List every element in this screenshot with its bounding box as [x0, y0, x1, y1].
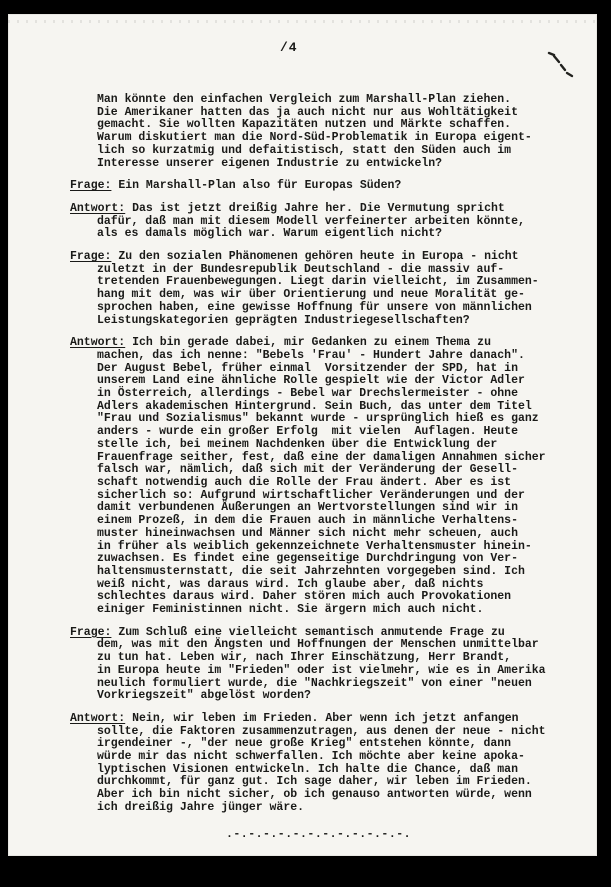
text-line: machen, das ich nenne: "Bebels 'Frau' - … — [97, 350, 577, 363]
text-line: stelle ich, bei meinem Nachdenken über d… — [97, 439, 577, 452]
speaker-label: Frage: — [70, 626, 111, 639]
scan-noise — [8, 20, 597, 23]
text-line: einem Prozeß, in dem die Frauen auch in … — [97, 515, 577, 528]
speaker-label: Frage: — [70, 250, 111, 263]
speaker-label: Antwort: — [70, 712, 125, 725]
text-line: lich so kurzatmig und defaitistisch, sta… — [97, 145, 577, 158]
text-line: ich dreißig Jahre jünger wäre. — [97, 802, 577, 815]
text-line: Warum diskutiert man die Nord-Süd-Proble… — [97, 132, 577, 145]
text-line: einiger Feministinnen nicht. Sie ärgern … — [97, 604, 577, 617]
text-line: Aber ich bin nicht sicher, ob ich genaus… — [97, 789, 577, 802]
qa-paragraph: Frage: Zu den sozialen Phänomenen gehöre… — [97, 251, 577, 327]
text-line: in Österreich, allerdings - Bebel war Dr… — [97, 388, 577, 401]
handwritten-mark — [536, 36, 580, 88]
text-line: hang mit dem, was wir über Orientierung … — [97, 289, 577, 302]
document-page: /4 Man könnte den einfachen Vergleich zu… — [8, 14, 597, 856]
scan-frame: /4 Man könnte den einfachen Vergleich zu… — [0, 0, 611, 887]
text-line: Frage: Zu den sozialen Phänomenen gehöre… — [97, 251, 577, 264]
text-line: Interesse unserer eigenen Industrie zu e… — [97, 158, 577, 171]
qa-paragraph: Antwort: Nein, wir leben im Frieden. Abe… — [97, 713, 577, 815]
text-line: muster hineinwachsen und Männer sich nic… — [97, 528, 577, 541]
text-line: Vorkriegszeit" abgelöst worden? — [97, 690, 577, 703]
text-line: Antwort: Nein, wir leben im Frieden. Abe… — [97, 713, 577, 726]
qa-paragraph: Antwort: Ich bin gerade dabei, mir Gedan… — [97, 337, 577, 616]
document-body: Man könnte den einfachen Vergleich zum M… — [97, 94, 577, 815]
text-line: Leistungskategorien geprägten Industrieg… — [97, 315, 577, 328]
qa-paragraph: Antwort: Das ist jetzt dreißig Jahre her… — [97, 203, 577, 241]
text-line: zuwachsen. Es findet eine gegenseitige D… — [97, 553, 577, 566]
speaker-label: Antwort: — [70, 336, 125, 349]
divider-dashes: .-.-.-.-.-.-.-.-.-.-.-.-. — [226, 828, 411, 841]
speaker-label: Frage: — [70, 179, 111, 192]
text-line: in Europa heute im "Frieden" oder ist vi… — [97, 665, 577, 678]
text-line: als es damals möglich war. Warum eigentl… — [97, 228, 577, 241]
text-line: Antwort: Das ist jetzt dreißig Jahre her… — [97, 203, 577, 216]
text-line: würde mir das nicht schwerfallen. Ich mö… — [97, 751, 577, 764]
text-line: anders - wurde ein großer Erfolg mit vie… — [97, 426, 577, 439]
text-line: Frage: Ein Marshall-Plan also für Europa… — [97, 180, 577, 193]
text-line: zu tun hat. Leben wir, nach Ihrer Einsch… — [97, 652, 577, 665]
text-line: sprochen haben, eine gewisse Hoffnung fü… — [97, 302, 577, 315]
speaker-label: Antwort: — [70, 202, 125, 215]
qa-paragraph: Frage: Ein Marshall-Plan also für Europa… — [97, 180, 577, 193]
text-line: haltensmusternstatt, die seit Jahrzehnte… — [97, 566, 577, 579]
paragraph: Man könnte den einfachen Vergleich zum M… — [97, 94, 577, 170]
text-line: Man könnte den einfachen Vergleich zum M… — [97, 94, 577, 107]
page-number: /4 — [280, 40, 298, 55]
text-line: schaft notwendig auch die Rolle der Frau… — [97, 477, 577, 490]
qa-paragraph: Frage: Zum Schluß eine vielleicht semant… — [97, 627, 577, 703]
